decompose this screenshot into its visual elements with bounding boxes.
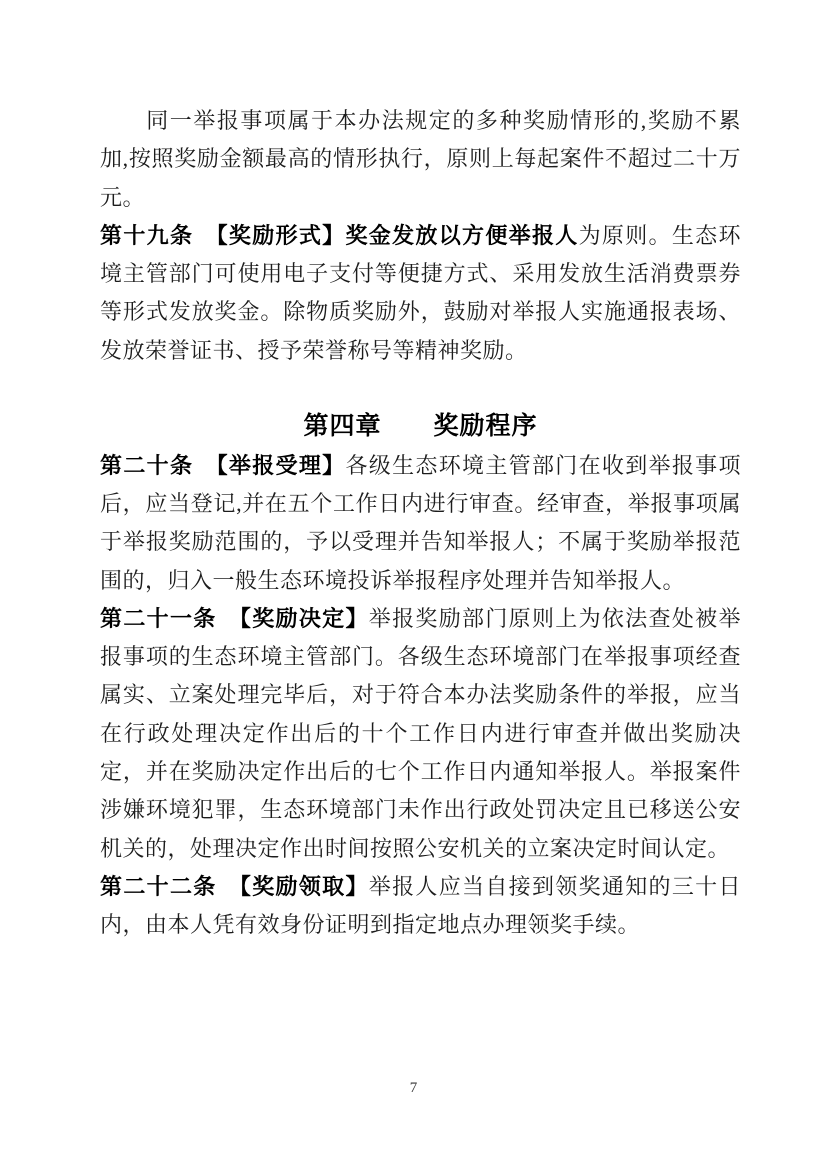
article-19-heading: 第十九条 【奖励形式】奖金发放以方便举报人 <box>100 223 579 248</box>
paragraph-article-20: 第二十条 【举报受理】各级生态环境主管部门在收到举报事项后，应当登记,并在五个工… <box>100 447 741 600</box>
chapter-4-heading: 第四章 奖励程序 <box>100 408 741 446</box>
document-page: 同一举报事项属于本办法规定的多种奖励情形的,奖励不累加,按照奖励金额最高的情形执… <box>0 0 827 1169</box>
paragraph-reward-limit-text: 同一举报事项属于本办法规定的多种奖励情形的,奖励不累加,按照奖励金额最高的情形执… <box>100 108 741 210</box>
page-number: 7 <box>0 1078 827 1098</box>
document-content: 同一举报事项属于本办法规定的多种奖励情形的,奖励不累加,按照奖励金额最高的情形执… <box>100 102 741 945</box>
paragraph-article-19: 第十九条 【奖励形式】奖金发放以方便举报人为原则。生态环境主管部门可使用电子支付… <box>100 217 741 370</box>
paragraph-reward-limit: 同一举报事项属于本办法规定的多种奖励情形的,奖励不累加,按照奖励金额最高的情形执… <box>100 102 741 217</box>
article-21-heading: 第二十一条 【奖励决定】 <box>100 606 369 631</box>
article-20-heading: 第二十条 【举报受理】 <box>100 453 345 478</box>
article-21-body: 举报奖励部门原则上为依法查处被举报事项的生态环境主管部门。各级生态环境部门在举报… <box>100 606 741 861</box>
paragraph-article-21: 第二十一条 【奖励决定】举报奖励部门原则上为依法查处被举报事项的生态环境主管部门… <box>100 600 741 868</box>
article-22-heading: 第二十二条 【奖励领取】 <box>100 874 369 899</box>
paragraph-article-22: 第二十二条 【奖励领取】举报人应当自接到领奖通知的三十日内，由本人凭有效身份证明… <box>100 868 741 945</box>
